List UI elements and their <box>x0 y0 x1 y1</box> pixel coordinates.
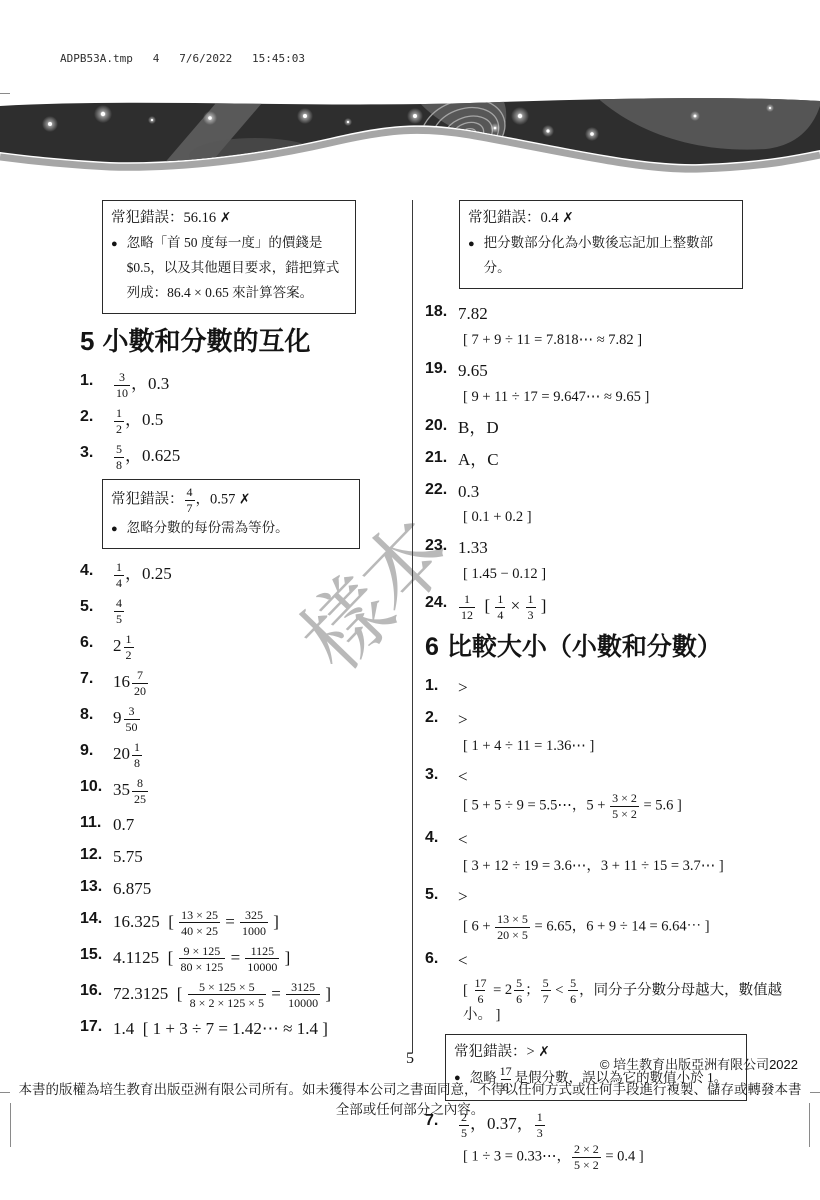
answer-item: 13.6.875 <box>80 877 412 901</box>
fraction: 3251000 <box>240 909 268 937</box>
item-number: 6. <box>80 633 113 652</box>
denominator: 3 <box>526 607 536 622</box>
answer-line: 2018 <box>113 741 412 769</box>
answer-item: 3.58，0.625 <box>80 443 412 471</box>
denominator: 12 <box>459 607 475 622</box>
item-body: 1.4 [ 1 + 3 ÷ 7 = 1.42⋯ ≈ 1.4 ] <box>113 1017 412 1041</box>
working-line: [ 3 + 12 ÷ 19 = 3.6⋯，3 + 11 ÷ 15 = 3.7⋯ … <box>458 856 797 877</box>
numerator: 13 × 25 <box>179 909 220 923</box>
fraction: 2 × 25 × 2 <box>572 1143 601 1171</box>
item-number: 5. <box>80 597 113 616</box>
answer-line: 45 <box>113 597 412 625</box>
copyright-notice: 本書的版權為培生教育出版亞洲有限公司所有。如未獲得本公司之書面同意，不得以任何方… <box>18 1078 802 1118</box>
text-run: 9.65 <box>458 361 488 380</box>
item-number: 20. <box>425 416 458 435</box>
item-body: 9.65[ 9 + 11 ÷ 17 = 9.647⋯ ≈ 9.65 ] <box>458 359 797 408</box>
answer-item: 11.0.7 <box>80 813 412 837</box>
crop-mark-bottom-right-v <box>809 1103 810 1147</box>
left-column: 常犯錯誤：56.16 ✗●忽略「首 50 度每一度」的價錢是$0.5，以及其他題… <box>80 200 412 1048</box>
item-number: 4. <box>80 561 113 580</box>
numerator: 5 × 125 × 5 <box>197 981 257 995</box>
fraction: 3 × 25 × 2 <box>610 792 639 820</box>
wrong-cross-icon: ✗ <box>220 210 232 226</box>
text-run: ] <box>321 984 331 1003</box>
item-body: 16720 <box>113 669 412 697</box>
denominator: 5 <box>459 1125 469 1140</box>
item-body: 25，0.37，13[ 1 ÷ 3 = 0.33⋯，2 × 25 × 2 = 0… <box>458 1111 797 1171</box>
answer-line: 9350 <box>113 705 412 733</box>
text-run: 0.7 <box>113 815 134 834</box>
fraction: 825 <box>132 777 148 805</box>
item-number: 22. <box>425 480 458 499</box>
answer-item: 16.72.3125 [ 5 × 125 × 58 × 2 × 125 × 5 … <box>80 981 412 1009</box>
denominator: 20 × 5 <box>495 927 530 942</box>
item-body: B，D <box>458 416 797 440</box>
text-run: [ 1.45 − 0.12 ] <box>463 566 546 582</box>
error-box-bullet: ●忽略分數的每份需為等份。 <box>111 516 351 541</box>
item-number: 1. <box>80 371 113 390</box>
text-run: < <box>458 767 468 786</box>
item-body: >[ 1 + 4 ÷ 11 = 1.36⋯ ] <box>458 708 797 757</box>
fraction: 12 <box>124 633 134 661</box>
mixed-number-whole: 35 <box>113 780 130 799</box>
fraction: 56 <box>568 977 578 1005</box>
numerator: 4 <box>185 486 195 500</box>
answer-item: 21.A，C <box>425 448 797 472</box>
item-body: 72.3125 [ 5 × 125 × 58 × 2 × 125 × 5 = 3… <box>113 981 412 1009</box>
item-body: 9350 <box>113 705 412 733</box>
denominator: 4 <box>114 575 124 590</box>
item-number: 6. <box>425 949 458 968</box>
text-run: [ 3 + 12 ÷ 19 = 3.6⋯，3 + 11 ÷ 15 = 3.7⋯ … <box>463 858 724 874</box>
denominator: 7 <box>541 990 551 1005</box>
item-number: 13. <box>80 877 113 896</box>
answer-item: 2.12，0.5 <box>80 407 412 435</box>
text-run: [ 5 + 5 ÷ 9 = 5.5⋯，5 + <box>463 798 609 814</box>
denominator: 25 <box>132 791 148 806</box>
denominator: 1000 <box>240 922 268 937</box>
working-line: [ 176 = 256；57 < 56，同分子分數分母越大，數值越小。 ] <box>458 977 797 1026</box>
denominator: 8 <box>132 755 142 770</box>
fraction: 310 <box>114 371 130 399</box>
text-run: < <box>552 982 567 998</box>
item-body: 0.7 <box>113 813 412 837</box>
answer-item: 1.> <box>425 676 797 700</box>
item-body: 58，0.625 <box>113 443 412 471</box>
answer-line: < <box>458 949 797 973</box>
denominator: 7 <box>185 500 195 515</box>
bullet-text: 忽略分數的每份需為等份。 <box>127 516 351 541</box>
answer-item: 24.112 [ 14 × 13 ] <box>425 593 797 621</box>
text-run: 16.325 [ <box>113 912 178 931</box>
fraction: 58 <box>114 443 124 471</box>
denominator: 50 <box>124 719 140 734</box>
text-run: > <box>458 710 468 729</box>
fraction: 18 <box>132 741 142 769</box>
item-body: 1.33[ 1.45 − 0.12 ] <box>458 536 797 585</box>
crop-mark-bottom-right-h <box>810 1092 820 1093</box>
item-body: 35825 <box>113 777 412 805</box>
numerator: 5 <box>114 443 124 457</box>
text-run: < <box>458 951 468 970</box>
answer-item: 19.9.65[ 9 + 11 ÷ 17 = 9.647⋯ ≈ 9.65 ] <box>425 359 797 408</box>
fraction: 14 <box>114 561 124 589</box>
item-body: 0.3[ 0.1 + 0.2 ] <box>458 480 797 529</box>
section-title-text: 比較大小（小數和分數） <box>447 633 722 661</box>
text-run: = <box>267 984 285 1003</box>
text-run: 72.3125 [ <box>113 984 187 1003</box>
denominator: 8 <box>114 457 124 472</box>
text-run: [ <box>476 596 494 615</box>
numerator: 8 <box>135 777 145 791</box>
denominator: 10000 <box>286 994 320 1009</box>
answer-line: < <box>458 828 797 852</box>
fraction: 112 <box>459 593 475 621</box>
item-body: <[ 5 + 5 ÷ 9 = 5.5⋯，5 + 3 × 25 × 2 = 5.6… <box>458 765 797 821</box>
answer-line: 1.4 [ 1 + 3 ÷ 7 = 1.42⋯ ≈ 1.4 ] <box>113 1017 412 1041</box>
denominator: 6 <box>475 990 485 1005</box>
answer-item: 15.4.1125 [ 9 × 12580 × 125 = 112510000 … <box>80 945 412 973</box>
working-line: [ 5 + 5 ÷ 9 = 5.5⋯，5 + 3 × 25 × 2 = 5.6 … <box>458 792 797 820</box>
text-run: [ 9 + 11 ÷ 17 = 9.647⋯ ≈ 9.65 ] <box>463 389 649 405</box>
text-run: 忽略分數的每份需為等份。 <box>127 520 289 535</box>
numerator: 1 <box>526 593 536 607</box>
section-number: 6 <box>425 633 439 661</box>
common-error-box: 常犯錯誤：0.4 ✗●把分數部分化為小數後忘記加上整數部分。 <box>459 200 743 289</box>
item-number: 3. <box>425 765 458 784</box>
error-box-bullet: ●把分數部分化為小數後忘記加上整數部分。 <box>468 231 734 281</box>
denominator: 80 × 125 <box>179 958 226 973</box>
answer-line: 212 <box>113 633 412 661</box>
numerator: 5 <box>541 977 551 991</box>
fraction: 57 <box>541 977 551 1005</box>
answer-line: 310，0.3 <box>113 371 412 399</box>
item-number: 3. <box>80 443 113 462</box>
denominator: 5 <box>114 611 124 626</box>
answer-line: 4.1125 [ 9 × 12580 × 125 = 112510000 ] <box>113 945 412 973</box>
text-run: 1.4 [ 1 + 3 ÷ 7 = 1.42⋯ ≈ 1.4 ] <box>113 1019 328 1038</box>
numerator: 1 <box>114 561 124 575</box>
answer-item: 20.B，D <box>425 416 797 440</box>
answer-item: 10.35825 <box>80 777 412 805</box>
text-run: [ 6 + <box>463 918 494 934</box>
answer-item: 4.<[ 3 + 12 ÷ 19 = 3.6⋯，3 + 11 ÷ 15 = 3.… <box>425 828 797 877</box>
answer-line: 16.325 [ 13 × 2540 × 25 = 3251000 ] <box>113 909 412 937</box>
numerator: 3 × 2 <box>610 792 639 806</box>
item-body: 7.82[ 7 + 9 ÷ 11 = 7.818⋯ ≈ 7.82 ] <box>458 302 797 351</box>
wrong-cross-icon: ✗ <box>239 492 251 508</box>
answer-line: 112 [ 14 × 13 ] <box>458 593 797 621</box>
print-file-info: ADPB53A.tmp 4 7/6/2022 15:45:03 <box>60 52 305 65</box>
text-run: = 5.6 ] <box>640 798 682 814</box>
denominator: 8 × 2 × 125 × 5 <box>188 994 266 1009</box>
text-run: 5.75 <box>113 847 143 866</box>
answer-item: 17.1.4 [ 1 + 3 ÷ 7 = 1.42⋯ ≈ 1.4 ] <box>80 1017 412 1041</box>
fraction: 13 × 2540 × 25 <box>179 909 220 937</box>
numerator: 3 <box>117 371 127 385</box>
numerator: 5 <box>568 977 578 991</box>
numerator: 325 <box>243 909 265 923</box>
denominator: 10000 <box>245 958 279 973</box>
item-number: 12. <box>80 845 113 864</box>
mixed-number-whole: 2 <box>113 636 122 655</box>
item-body: 310，0.3 <box>113 371 412 399</box>
fraction: 13 <box>526 593 536 621</box>
bullet-text: 把分數部分化為小數後忘記加上整數部分。 <box>484 231 734 281</box>
bullet-icon: ● <box>111 231 118 306</box>
working-line: [ 9 + 11 ÷ 17 = 9.647⋯ ≈ 9.65 ] <box>458 387 797 408</box>
item-body: <[ 176 = 256；57 < 56，同分子分數分母越大，數值越小。 ] <box>458 949 797 1026</box>
answer-item: 4.14，0.25 <box>80 561 412 589</box>
numerator: 3 <box>127 705 137 719</box>
common-error-box: 常犯錯誤：47，0.57 ✗●忽略分數的每份需為等份。 <box>102 479 360 549</box>
answer-item: 1.310，0.3 <box>80 371 412 399</box>
fraction: 112510000 <box>245 945 279 973</box>
numerator: 1 <box>132 741 142 755</box>
text-run: ] <box>269 912 279 931</box>
answer-item: 2.>[ 1 + 4 ÷ 11 = 1.36⋯ ] <box>425 708 797 757</box>
text-run: > <box>458 887 468 906</box>
answer-line: 0.3 <box>458 480 797 504</box>
item-body: 212 <box>113 633 412 661</box>
fraction: 14 <box>495 593 505 621</box>
text-run: [ 0.1 + 0.2 ] <box>463 509 532 525</box>
denominator: 5 × 2 <box>610 806 639 821</box>
denominator: 4 <box>495 607 505 622</box>
text-run: [ 1 + 4 ÷ 11 = 1.36⋯ ] <box>463 738 594 754</box>
section-title-text: 小數和分數的互化 <box>102 326 310 356</box>
text-run: < <box>458 830 468 849</box>
item-body: <[ 3 + 12 ÷ 19 = 3.6⋯，3 + 11 ÷ 15 = 3.7⋯… <box>458 828 797 877</box>
answer-line: > <box>458 676 797 700</box>
item-number: 18. <box>425 302 458 321</box>
item-body: A，C <box>458 448 797 472</box>
copyright-line: © 培生教育出版亞洲有限公司2022 <box>600 1054 798 1073</box>
answer-item: 5.45 <box>80 597 412 625</box>
crop-mark-bottom-left-v <box>10 1103 11 1147</box>
crop-mark-bottom-left-h <box>0 1092 10 1093</box>
working-line: [ 7 + 9 ÷ 11 = 7.818⋯ ≈ 7.82 ] <box>458 330 797 351</box>
item-number: 23. <box>425 536 458 555</box>
answer-item: 7.16720 <box>80 669 412 697</box>
text-run: > <box>458 678 468 697</box>
answer-item: 9.2018 <box>80 741 412 769</box>
numerator: 3125 <box>289 981 317 995</box>
bullet-icon: ● <box>111 516 118 541</box>
text-run: ，0.57 <box>196 492 240 508</box>
answer-item: 23.1.33[ 1.45 − 0.12 ] <box>425 536 797 585</box>
numerator: 1 <box>124 633 134 647</box>
working-line: [ 1.45 − 0.12 ] <box>458 564 797 585</box>
text-run: = <box>226 948 244 967</box>
answer-line: 16720 <box>113 669 412 697</box>
text-run: 6.875 <box>113 879 151 898</box>
answer-line: > <box>458 708 797 732</box>
error-box-title: 常犯錯誤：0.4 ✗ <box>468 207 734 229</box>
answer-line: 35825 <box>113 777 412 805</box>
answer-item: 5.>[ 6 + 13 × 520 × 5 = 6.65，6 + 9 ÷ 14 … <box>425 885 797 941</box>
text-run: [ 1 ÷ 3 = 0.33⋯， <box>463 1149 571 1165</box>
item-number: 2. <box>425 708 458 727</box>
answer-item: 12.5.75 <box>80 845 412 869</box>
item-body: 16.325 [ 13 × 2540 × 25 = 3251000 ] <box>113 909 412 937</box>
text-run: 把分數部分化為小數後忘記加上整數部分。 <box>484 235 714 275</box>
bullet-icon: ● <box>468 231 475 281</box>
fraction: 47 <box>185 486 195 514</box>
denominator: 20 <box>132 683 148 698</box>
item-body: 12，0.5 <box>113 407 412 435</box>
answer-item: 8.9350 <box>80 705 412 733</box>
text-run: = 6.65，6 + 9 ÷ 14 = 6.64⋯ ] <box>531 918 710 934</box>
fraction: 350 <box>124 705 140 733</box>
numerator: 4 <box>114 597 124 611</box>
answer-item: 14.16.325 [ 13 × 2540 × 25 = 3251000 ] <box>80 909 412 937</box>
working-line: [ 1 + 4 ÷ 11 = 1.36⋯ ] <box>458 736 797 757</box>
common-error-box: 常犯錯誤：56.16 ✗●忽略「首 50 度每一度」的價錢是$0.5，以及其他題… <box>102 200 356 314</box>
item-body: 2018 <box>113 741 412 769</box>
denominator: 6 <box>514 990 524 1005</box>
fraction: 12 <box>114 407 124 435</box>
text-run: 常犯錯誤：0.4 <box>468 210 562 226</box>
answer-line: > <box>458 885 797 909</box>
error-box-title: 常犯錯誤：47，0.57 ✗ <box>111 486 351 514</box>
answer-line: 6.875 <box>113 877 412 901</box>
mixed-number-whole: 2 <box>505 982 512 998</box>
answer-item: 6.<[ 176 = 256；57 < 56，同分子分數分母越大，數值越小。 ] <box>425 949 797 1026</box>
item-body: 5.75 <box>113 845 412 869</box>
numerator: 1125 <box>249 945 277 959</box>
denominator: 3 <box>535 1125 545 1140</box>
text-run: × <box>506 596 524 615</box>
item-number: 15. <box>80 945 113 964</box>
text-run: 1.33 <box>458 538 488 557</box>
item-number: 14. <box>80 909 113 928</box>
item-number: 10. <box>80 777 113 796</box>
right-column: 常犯錯誤：0.4 ✗●把分數部分化為小數後忘記加上整數部分。18.7.82[ 7… <box>425 200 797 1179</box>
answer-line: B，D <box>458 416 797 440</box>
answer-line: 14，0.25 <box>113 561 412 589</box>
fraction: 176 <box>472 977 488 1005</box>
fraction: 45 <box>114 597 124 625</box>
numerator: 2 × 2 <box>572 1143 601 1157</box>
error-box-title: 常犯錯誤：56.16 ✗ <box>111 207 347 229</box>
answer-line: 7.82 <box>458 302 797 326</box>
item-body: 45 <box>113 597 412 625</box>
working-line: [ 0.1 + 0.2 ] <box>458 507 797 528</box>
text-run: 常犯錯誤：56.16 <box>111 210 220 226</box>
section-heading: 6比較大小（小數和分數） <box>425 633 797 662</box>
denominator: 10 <box>114 385 130 400</box>
item-number: 17. <box>80 1017 113 1036</box>
wrong-cross-icon: ✗ <box>562 210 574 226</box>
item-number: 21. <box>425 448 458 467</box>
fraction: 312510000 <box>286 981 320 1009</box>
item-body: 14，0.25 <box>113 561 412 589</box>
numerator: 17 <box>472 977 488 991</box>
denominator: 6 <box>568 990 578 1005</box>
item-body: 6.875 <box>113 877 412 901</box>
answer-line: 9.65 <box>458 359 797 383</box>
space-banner-graphic <box>0 94 820 180</box>
denominator: 40 × 25 <box>179 922 220 937</box>
item-number: 16. <box>80 981 113 1000</box>
text-run: B，D <box>458 418 499 437</box>
section-heading: 5小數和分數的互化 <box>80 327 412 357</box>
item-body: 112 [ 14 × 13 ] <box>458 593 797 621</box>
item-number: 2. <box>80 407 113 426</box>
text-run: [ 7 + 9 ÷ 11 = 7.818⋯ ≈ 7.82 ] <box>463 332 642 348</box>
mixed-number-whole: 20 <box>113 744 130 763</box>
item-number: 7. <box>80 669 113 688</box>
fraction: 720 <box>132 669 148 697</box>
answer-item: 6.212 <box>80 633 412 661</box>
item-number: 1. <box>425 676 458 695</box>
numerator: 5 <box>514 977 524 991</box>
text-run: 常犯錯誤： <box>111 492 184 508</box>
answer-item: 22.0.3[ 0.1 + 0.2 ] <box>425 480 797 529</box>
answer-line: 5.75 <box>113 845 412 869</box>
numerator: 1 <box>462 593 472 607</box>
column-divider <box>412 200 413 1053</box>
text-run: 7.82 <box>458 304 488 323</box>
text-run: 0.3 <box>458 482 479 501</box>
text-run: [ <box>463 982 471 998</box>
denominator: 5 × 2 <box>572 1157 601 1172</box>
numerator: 1 <box>114 407 124 421</box>
mixed-number-whole: 9 <box>113 708 122 727</box>
text-run: ] <box>537 596 547 615</box>
text-run: ，0.3 <box>131 374 169 393</box>
answer-line: 1.33 <box>458 536 797 560</box>
working-line: [ 1 ÷ 3 = 0.33⋯，2 × 25 × 2 = 0.4 ] <box>458 1143 797 1171</box>
answer-line: 72.3125 [ 5 × 125 × 58 × 2 × 125 × 5 = 3… <box>113 981 412 1009</box>
numerator: 13 × 5 <box>495 913 530 927</box>
text-run: ] <box>280 948 290 967</box>
answer-line: 0.7 <box>113 813 412 837</box>
text-run: 4.1125 [ <box>113 948 178 967</box>
item-body: >[ 6 + 13 × 520 × 5 = 6.65，6 + 9 ÷ 14 = … <box>458 885 797 941</box>
answer-line: A，C <box>458 448 797 472</box>
item-number: 4. <box>425 828 458 847</box>
answer-line: 12，0.5 <box>113 407 412 435</box>
text-run: 忽略「首 50 度每一度」的價錢是$0.5，以及其他題目要求，錯把算式列成：86… <box>127 235 340 300</box>
answer-line: < <box>458 765 797 789</box>
bullet-text: 忽略「首 50 度每一度」的價錢是$0.5，以及其他題目要求，錯把算式列成：86… <box>127 231 347 306</box>
answer-line: 58，0.625 <box>113 443 412 471</box>
numerator: 9 × 125 <box>182 945 223 959</box>
text-run: ，0.25 <box>125 564 172 583</box>
denominator: 2 <box>114 421 124 436</box>
item-body: > <box>458 676 797 700</box>
item-number: 19. <box>425 359 458 378</box>
denominator: 2 <box>124 647 134 662</box>
space-banner <box>0 94 820 180</box>
answer-item: 3.<[ 5 + 5 ÷ 9 = 5.5⋯，5 + 3 × 25 × 2 = 5… <box>425 765 797 821</box>
item-body: 4.1125 [ 9 × 12580 × 125 = 112510000 ] <box>113 945 412 973</box>
fraction: 13 × 520 × 5 <box>495 913 530 941</box>
text-run: A，C <box>458 450 499 469</box>
numerator: 1 <box>495 593 505 607</box>
error-box-bullet: ●忽略「首 50 度每一度」的價錢是$0.5，以及其他題目要求，錯把算式列成：8… <box>111 231 347 306</box>
answer-item: 18.7.82[ 7 + 9 ÷ 11 = 7.818⋯ ≈ 7.82 ] <box>425 302 797 351</box>
item-number: 24. <box>425 593 458 612</box>
fraction: 56 <box>514 977 524 1005</box>
numerator: 7 <box>135 669 145 683</box>
answer-item: 7.25，0.37，13[ 1 ÷ 3 = 0.33⋯，2 × 25 × 2 =… <box>425 1111 797 1171</box>
text-run: ，0.5 <box>125 410 163 429</box>
text-run: = <box>221 912 239 931</box>
text-run: ； <box>525 982 540 998</box>
